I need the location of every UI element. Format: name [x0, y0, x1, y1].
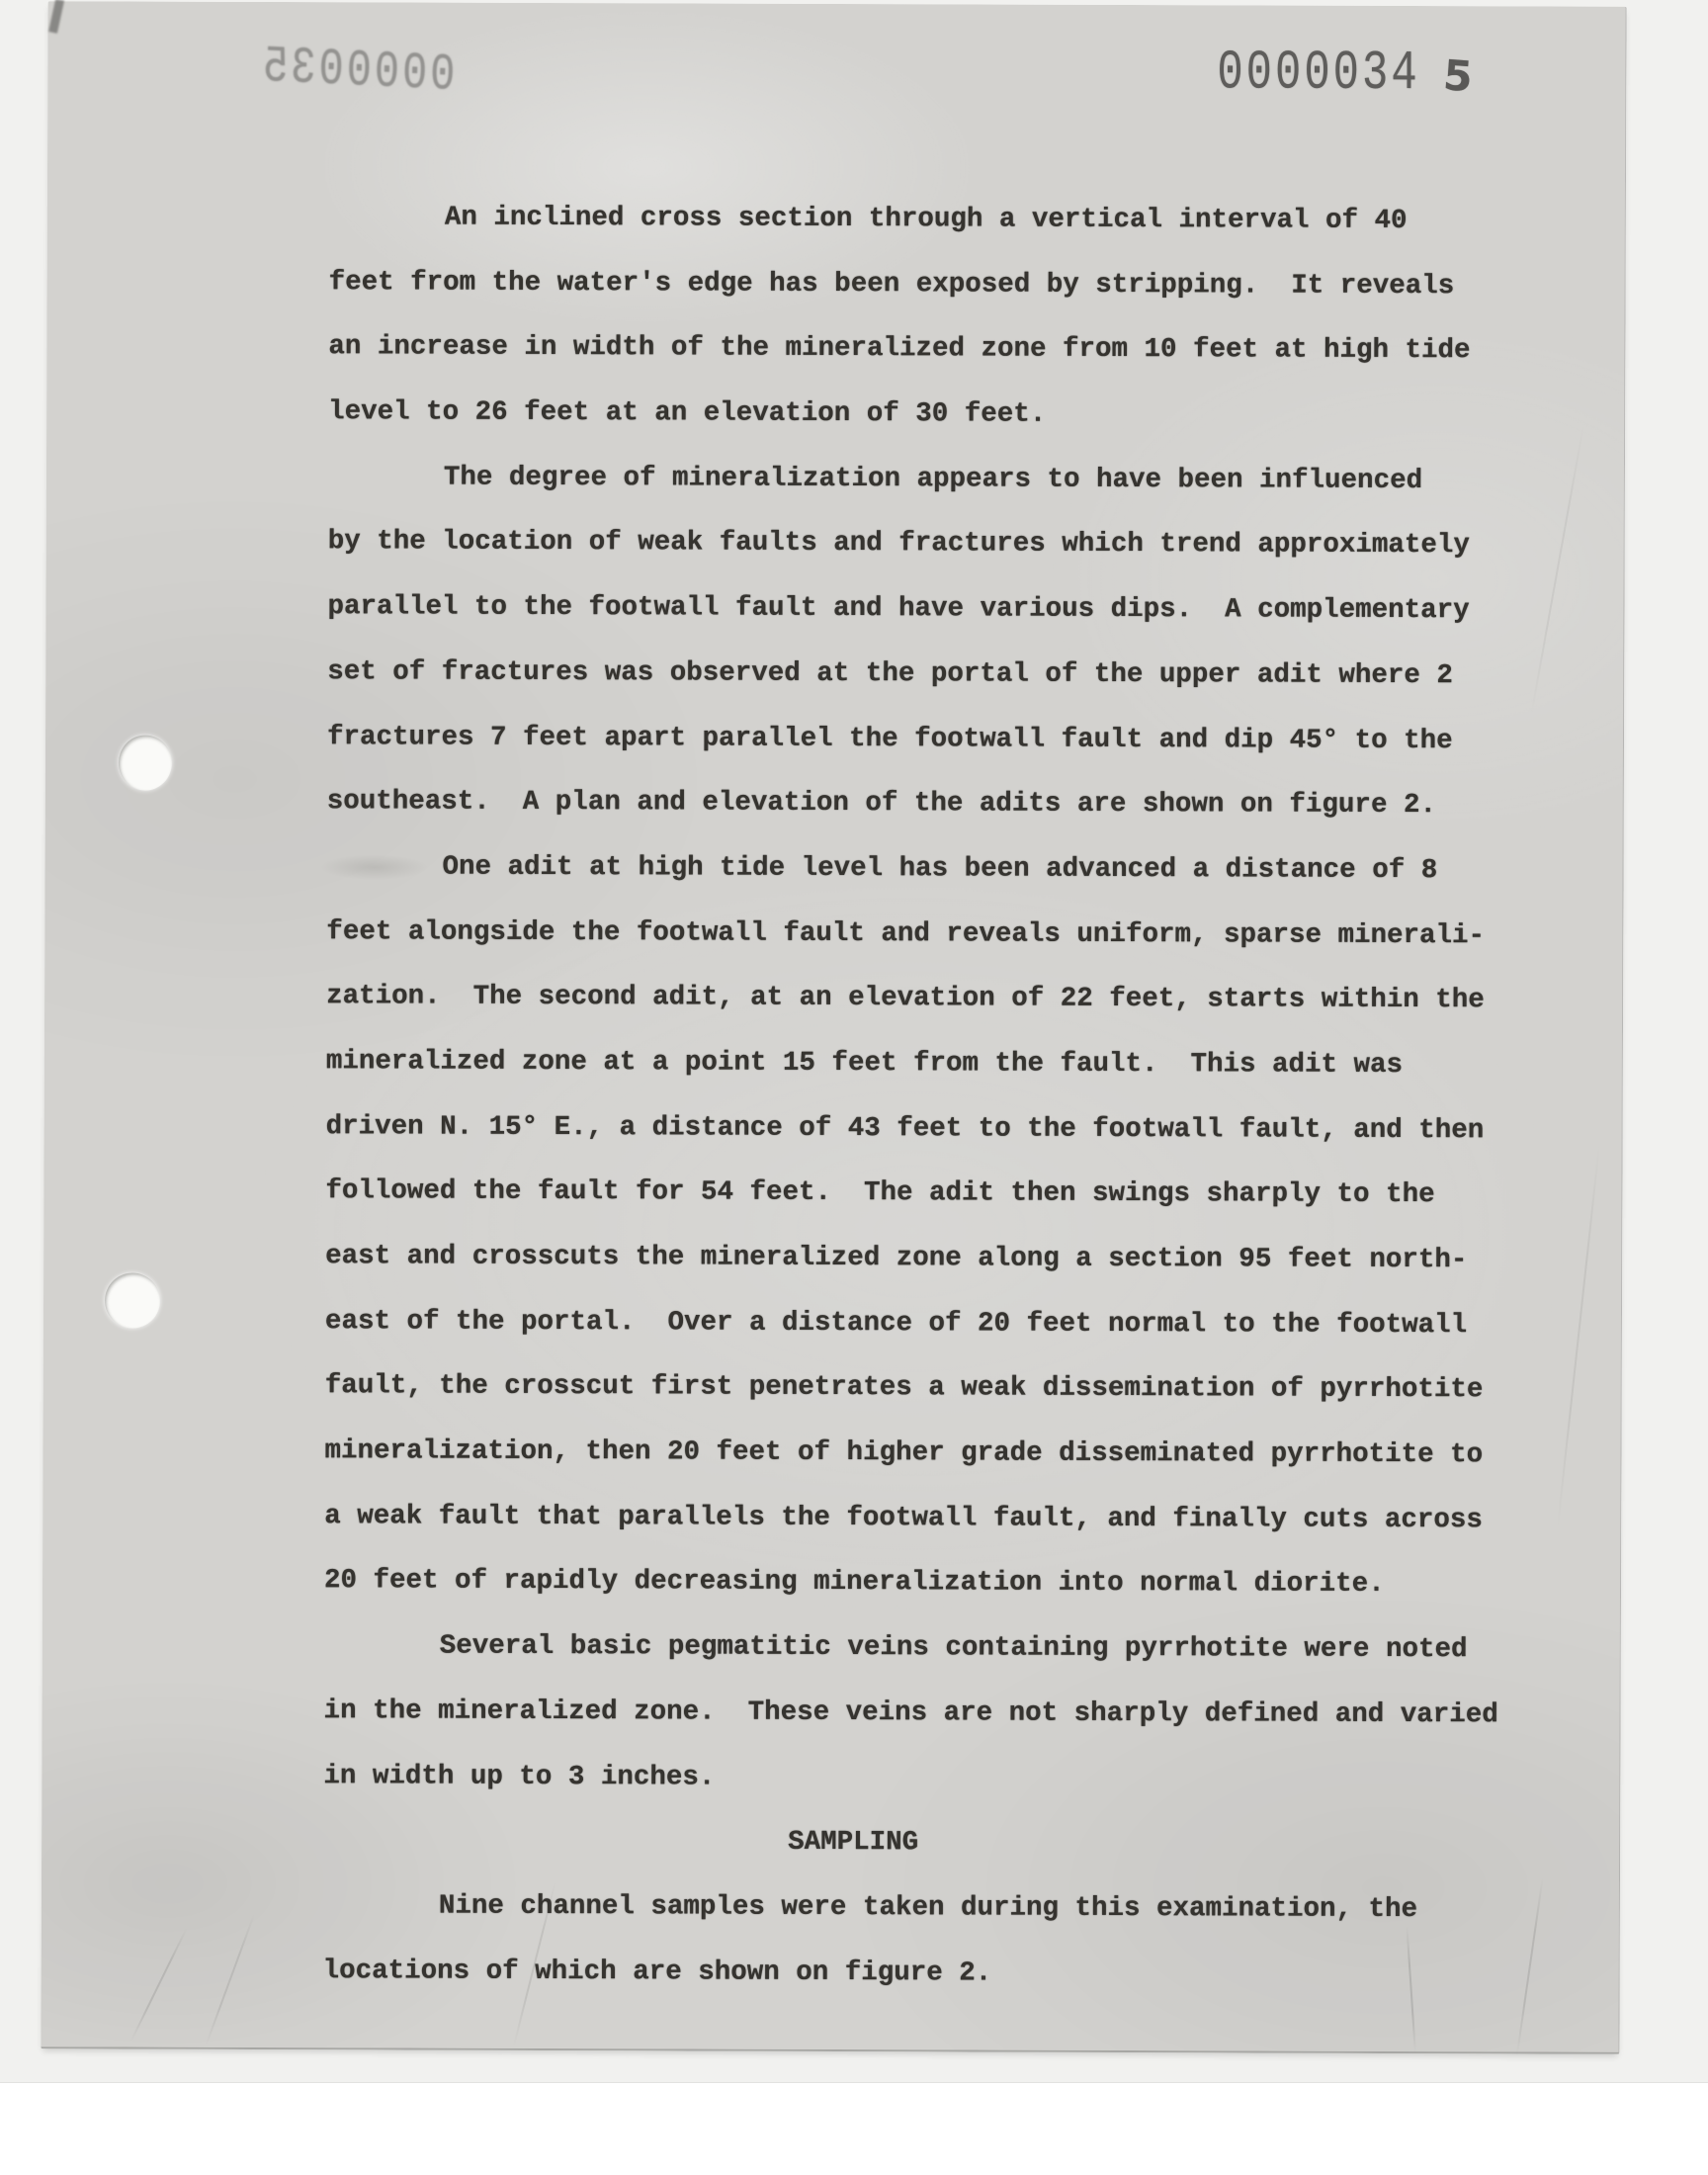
paper-crease — [1557, 1145, 1600, 1528]
punch-hole-top — [119, 735, 172, 790]
typewritten-text-block: An inclined cross section through a vert… — [323, 185, 1511, 2007]
paper-crease — [205, 1914, 255, 2046]
bleedthrough-page-number-stamp: 0000035 — [259, 38, 456, 105]
text-line: 20 feet of rapidly decreasing mineraliza… — [324, 1549, 1506, 1618]
text-line: The degree of mineralization appears to … — [328, 445, 1510, 514]
text-line: level to 26 feet at an elevation of 30 f… — [328, 380, 1510, 449]
text-line: fractures 7 feet apart parallel the foot… — [327, 705, 1509, 774]
text-line: One adit at high tide level has been adv… — [326, 834, 1508, 904]
paper-crease — [1516, 1877, 1544, 2055]
text-line: feet from the water's edge has been expo… — [329, 250, 1511, 319]
text-line: set of fractures was observed at the por… — [327, 640, 1509, 709]
paper-crease — [1530, 424, 1584, 717]
text-line: a weak fault that parallels the footwall… — [324, 1484, 1506, 1553]
text-line: An inclined cross section through a vert… — [329, 185, 1511, 254]
section-heading: SAMPLING — [262, 1808, 1444, 1877]
text-line: Several basic pegmatitic veins containin… — [324, 1613, 1506, 1683]
text-line: Nine channel samples were taken during t… — [323, 1873, 1505, 1943]
ink-smudge — [320, 854, 429, 880]
text-line: zation. The second adit, at an elevation… — [326, 964, 1508, 1033]
text-line: southeast. A plan and elevation of the a… — [327, 769, 1509, 838]
text-line: mineralized zone at a point 15 feet from… — [326, 1029, 1508, 1098]
punch-hole-bottom — [105, 1272, 160, 1328]
text-line: fault, the crosscut first penetrates a w… — [325, 1354, 1507, 1424]
corner-ink-mark — [48, 0, 64, 34]
text-line: parallel to the footwall fault and have … — [327, 574, 1509, 644]
text-line: by the location of weak faults and fract… — [328, 510, 1510, 579]
text-line: in width up to 3 inches. — [323, 1744, 1505, 1813]
text-line: east and crosscuts the mineralized zone … — [325, 1224, 1507, 1293]
text-line: mineralization, then 20 feet of higher g… — [324, 1419, 1506, 1488]
handwritten-digit: 5 — [1442, 50, 1475, 101]
text-line: an increase in width of the mineralized … — [328, 315, 1510, 385]
text-line: followed the fault for 54 feet. The adit… — [325, 1160, 1507, 1229]
text-line: east of the portal. Over a distance of 2… — [325, 1289, 1507, 1358]
text-line: locations of which are shown on figure 2… — [323, 1939, 1505, 2008]
text-line: in the mineralized zone. These veins are… — [323, 1679, 1505, 1748]
scanned-paper-sheet: 0000035 0000034 5 An inclined cross sect… — [41, 1, 1626, 2054]
text-line: feet alongside the footwall fault and re… — [326, 900, 1508, 969]
page-number-stamp: 0000034 — [1217, 41, 1420, 105]
paper-crease — [129, 1928, 187, 2043]
text-line: driven N. 15° E., a distance of 43 feet … — [326, 1094, 1508, 1164]
